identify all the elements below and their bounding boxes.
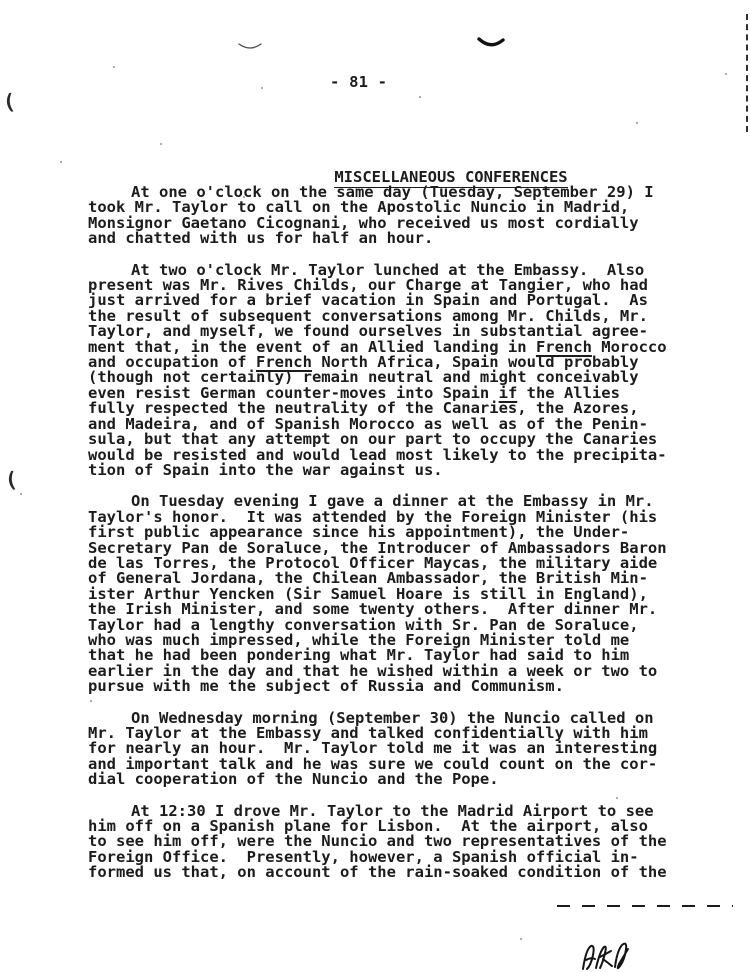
paragraph: At one o'clock on the same day (Tuesday,…: [88, 185, 708, 247]
paragraph: On Tuesday evening I gave a dinner at th…: [88, 494, 708, 694]
scan-noise-dot: [20, 493, 22, 495]
scan-noise-dot: [261, 87, 263, 89]
scan-noise-dot: [90, 700, 92, 702]
stray-paren-mark: (: [4, 467, 19, 492]
scan-smudge-curve-icon: [477, 35, 505, 51]
paragraph: At two o'clock Mr. Taylor lunched at the…: [88, 263, 708, 479]
page-number: - 81 -: [330, 73, 387, 91]
text-line: tion of Spain into the war against us.: [88, 463, 708, 478]
paragraph: At 12:30 I drove Mr. Taylor to the Madri…: [88, 804, 708, 881]
text-line: pursue with me the subject of Russia and…: [88, 679, 708, 694]
scan-noise-dot: [60, 161, 62, 163]
scan-noise-dot: [160, 143, 162, 145]
scan-noise-dot: [616, 797, 618, 799]
stray-paren-mark: (: [2, 89, 17, 114]
text-line: and chatted with us for half an hour.: [88, 231, 708, 246]
scan-noise-dot: [725, 73, 727, 75]
scan-noise-dot: [520, 938, 522, 940]
paragraph: On Wednesday morning (September 30) the …: [88, 711, 708, 788]
text-line: dial cooperation of the Nuncio and the P…: [88, 772, 708, 787]
signature-dash-line: [557, 905, 733, 907]
scan-noise-dot: [636, 122, 638, 124]
right-edge-dashed-line: [746, 14, 748, 132]
scan-noise-dot: [419, 96, 421, 98]
handwritten-initials-mark: [580, 939, 632, 972]
scanned-document-page: - 81 - MISCELLANEOUS CONFERENCES At one …: [0, 0, 750, 972]
scan-noise-dot: [243, 196, 245, 198]
document-body: At one o'clock on the same day (Tuesday,…: [88, 185, 708, 881]
scan-smudge-curve-icon: [238, 41, 262, 53]
scan-noise-dot: [113, 66, 115, 68]
text-line: formed us that, on account of the rain-s…: [88, 865, 708, 880]
